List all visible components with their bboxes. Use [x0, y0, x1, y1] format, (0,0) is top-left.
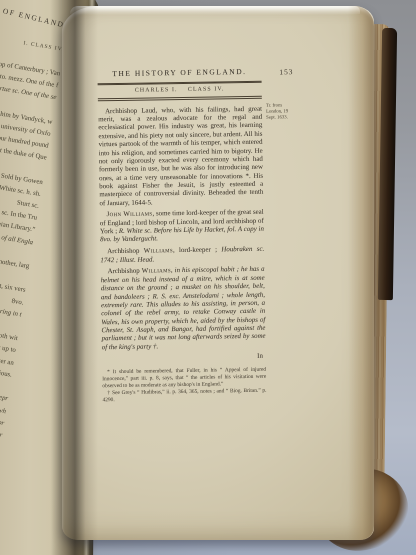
text-run: Archbishop	[108, 268, 142, 276]
section-heading: CHARLES I. CLASS IV.	[98, 83, 262, 97]
catchword: In	[102, 353, 266, 363]
text-run: Archbishop Laud, who, with his failings,…	[98, 106, 263, 207]
page-content: THE HISTORY OF ENGLAND. 153 CHARLES I. C…	[97, 67, 266, 405]
footnotes: * It should be remembered, that Fuller, …	[102, 367, 267, 404]
text-run: , lord-keeper ;	[173, 247, 222, 255]
paragraph: John Williams, some time lord-keeper of …	[100, 209, 265, 245]
margin-note: Tr. fromLondon, 19Sept. 1633.	[266, 103, 298, 121]
text-run: Williams	[144, 247, 173, 254]
footnote: † See Grey's “ Hudibras,” ii. p. 364, 36…	[102, 388, 266, 404]
running-title: THE HISTORY OF ENGLAND.	[97, 67, 261, 79]
text-run: John Williams	[107, 211, 153, 219]
text-run: R. White sc. Before his Life by Hacket, …	[100, 226, 264, 244]
right-page: THE HISTORY OF ENGLAND. 153 CHARLES I. C…	[62, 6, 374, 540]
paragraph: Archbishop Williams, lord-keeper ; Houbr…	[100, 246, 264, 265]
paragraph: Archbishop Williams, in his episcopal ha…	[101, 266, 266, 352]
double-rule-bottom	[98, 96, 262, 101]
paragraph: Archbishop Laud, who, with his failings,…	[98, 106, 264, 209]
footnote: * It should be remembered, that Fuller, …	[102, 367, 266, 390]
page-number: 153	[279, 67, 293, 76]
book-photo: RY OF ENGLAND. I. CLASS IV. bishop of Ca…	[0, 0, 416, 555]
text-run: Williams	[142, 268, 171, 275]
left-page-text: RY OF ENGLAND. I. CLASS IV. bishop of Ca…	[0, 0, 69, 478]
page-header: THE HISTORY OF ENGLAND. 153	[97, 67, 261, 82]
margin-note-line: Sept. 1633.	[266, 115, 298, 121]
body-paragraphs: Archbishop Laud, who, with his failings,…	[98, 106, 266, 353]
text-run: in his episcopal habit ; he has a helmet…	[101, 266, 266, 351]
text-run: Archbishop	[107, 248, 144, 256]
